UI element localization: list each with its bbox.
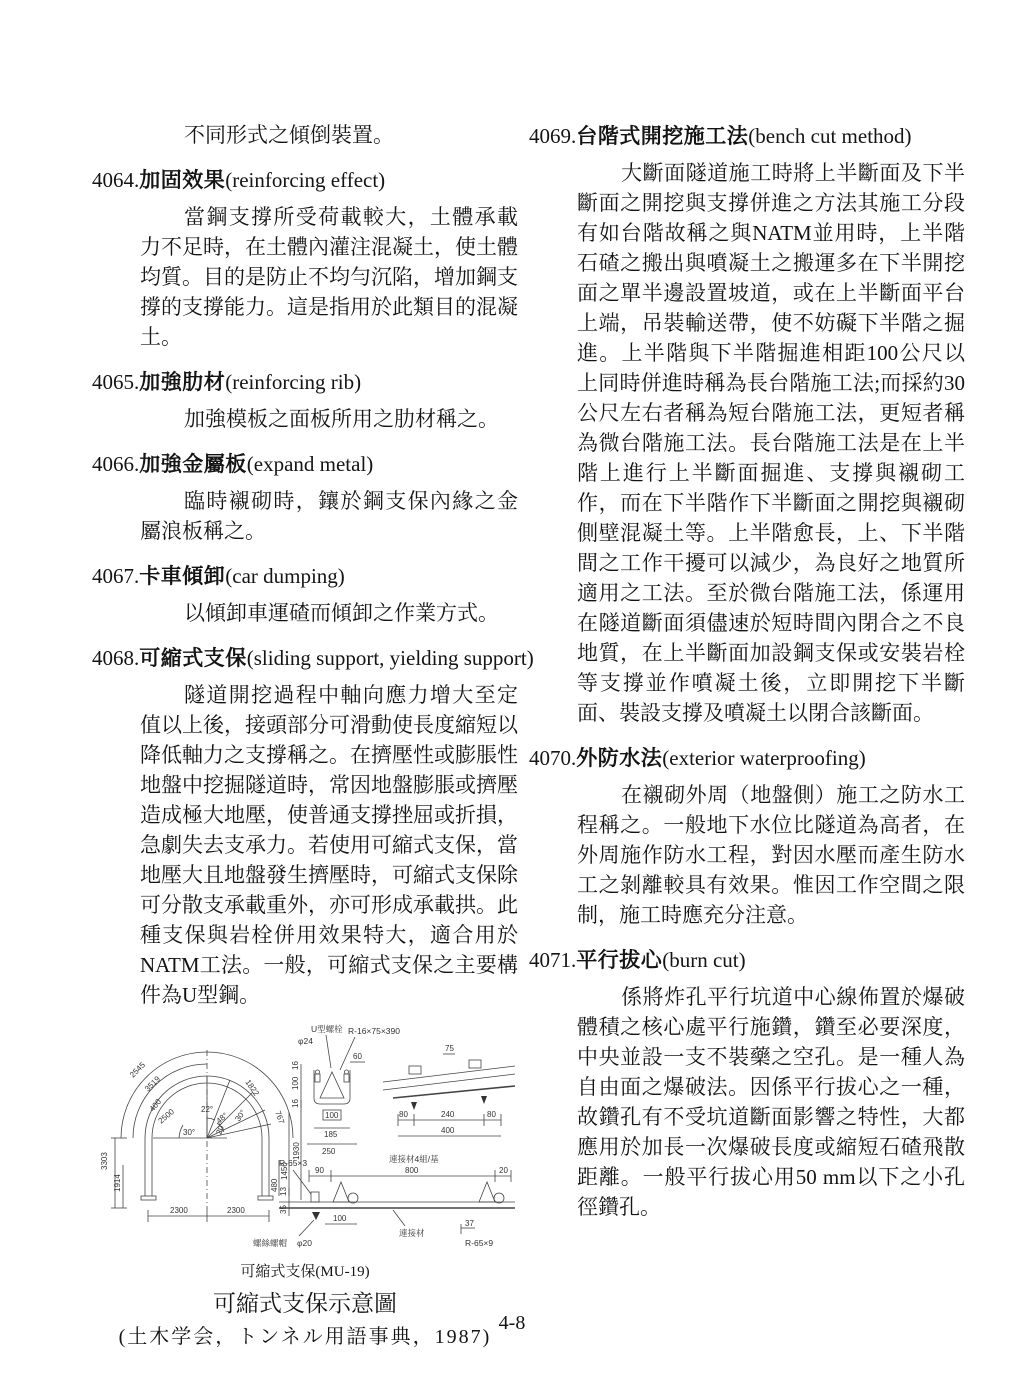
dim-37: 37	[465, 1219, 474, 1228]
dim-480: 480	[270, 1178, 279, 1192]
document-page: 不同形式之傾倒裝置。 4064.加固效果(reinforcing effect)…	[0, 0, 1024, 1400]
dim-75: 75	[445, 1044, 454, 1053]
entry-4065: 4065.加強肋材(reinforcing rib) 加強模板之面板所用之肋材稱…	[92, 366, 518, 434]
entry-number: 4070.	[529, 746, 576, 770]
entry-english: (bench cut method)	[748, 124, 911, 148]
angle-30-right: 30°	[233, 1108, 247, 1123]
entry-number: 4069.	[529, 124, 576, 148]
sliding-support-diagram: 2545 3519 400 2500 3303 1914 1822 767 19…	[93, 1020, 517, 1258]
angle-30-left: 30°	[183, 1128, 195, 1137]
entry-4068: 4068.可縮式支保(sliding support, yielding sup…	[92, 642, 518, 1010]
dim-2300-right: 2300	[227, 1206, 245, 1215]
entry-body: 當鋼支撐所受荷載較大，土體承載力不足時，在土體內灌注混凝土，使土體均質。目的是防…	[140, 202, 518, 352]
entry-body: 臨時襯砌時，鑲於鋼支保內緣之金屬浪板稱之。	[140, 486, 518, 546]
figure-part-label: 可縮式支保(MU-19)	[92, 1260, 518, 1281]
entry-term: 加強肋材	[139, 371, 225, 394]
entry-heading: 4064.加固效果(reinforcing effect)	[92, 164, 518, 194]
dim-185: 185	[324, 1130, 338, 1139]
dim-250: 250	[322, 1147, 336, 1156]
phi24-label: φ24	[298, 1036, 313, 1046]
entry-heading: 4065.加強肋材(reinforcing rib)	[92, 366, 518, 396]
entry-4066: 4066.加強金屬板(expand metal) 臨時襯砌時，鑲於鋼支保內緣之金…	[92, 448, 518, 546]
dim-800: 800	[405, 1166, 419, 1175]
entry-number: 4067.	[92, 564, 139, 588]
dim-100-base: 100	[333, 1214, 347, 1223]
dim-3303: 3303	[100, 1152, 109, 1170]
dim-400: 400	[148, 1097, 164, 1113]
dim-1914: 1914	[113, 1174, 122, 1192]
dim-240: 240	[441, 1110, 455, 1119]
entry-english: (burn cut)	[662, 948, 745, 972]
dim-60: 60	[353, 1052, 362, 1061]
entry-heading: 4070.外防水法(exterior waterproofing)	[529, 742, 965, 772]
dim-767: 767	[273, 1110, 286, 1126]
entry-term: 平行拔心	[576, 949, 662, 972]
phi20-label: φ20	[297, 1238, 312, 1248]
entry-heading: 4066.加強金屬板(expand metal)	[92, 448, 518, 478]
entry-4064: 4064.加固效果(reinforcing effect) 當鋼支撐所受荷載較大…	[92, 164, 518, 352]
entry-heading: 4068.可縮式支保(sliding support, yielding sup…	[92, 642, 518, 672]
dim-400-splice: 400	[441, 1126, 455, 1135]
dim-80-right: 80	[487, 1110, 496, 1119]
entry-english: (reinforcing rib)	[225, 370, 361, 394]
angle-20: 20°	[214, 1121, 227, 1135]
connector-sets-label: 連接材4組/基	[389, 1154, 439, 1164]
dim-16-top: 16	[291, 1061, 300, 1070]
connector-label: 連接材	[399, 1228, 425, 1238]
u-bolt-label: U型螺栓	[311, 1024, 343, 1034]
entry-english: (exterior waterproofing)	[662, 746, 866, 770]
entry-4067: 4067.卡車傾卸(car dumping) 以傾卸車運碴而傾卸之作業方式。	[92, 560, 518, 628]
entry-number: 4066.	[92, 452, 139, 476]
entry-body: 加強模板之面板所用之肋材稱之。	[140, 404, 518, 434]
dim-2545: 2545	[128, 1060, 147, 1079]
entry-number: 4065.	[92, 370, 139, 394]
dim-20: 20	[499, 1166, 508, 1175]
entry-body: 隧道開挖過程中軸向應力增大至定值以上後，接頭部分可滑動使長度縮短以降低軸力之支撐…	[140, 680, 518, 1010]
r65x3-label: R-65×3	[279, 1158, 307, 1168]
entry-english: (expand metal)	[247, 452, 374, 476]
entry-term: 外防水法	[576, 747, 662, 770]
entry-body: 以傾卸車運碴而傾卸之作業方式。	[140, 598, 518, 628]
dim-2300-left: 2300	[170, 1206, 188, 1215]
r16-label: R-16×75×390	[348, 1026, 400, 1036]
entry-number: 4071.	[529, 948, 576, 972]
entry-4069: 4069.台階式開挖施工法(bench cut method) 大斷面隧道施工時…	[529, 120, 965, 728]
entry-english: (reinforcing effect)	[225, 168, 385, 192]
entry-term: 加固效果	[139, 169, 225, 192]
entry-body: 係將炸孔平行坑道中心線佈置於爆破體積之核心處平行施鑽，鑽至必要深度，中央並設一支…	[577, 982, 965, 1222]
dim-13: 13	[279, 1187, 288, 1196]
dim-35: 35	[279, 1205, 288, 1214]
entry-english: (car dumping)	[225, 564, 345, 588]
dim-1822: 1822	[243, 1078, 261, 1098]
dim-100-side: 100	[291, 1076, 300, 1090]
page-number: 4-8	[0, 1312, 1024, 1335]
continuation-paragraph: 不同形式之傾倒裝置。	[140, 120, 518, 150]
nut-label: 螺絲螺帽	[253, 1238, 288, 1248]
entry-number: 4064.	[92, 168, 139, 192]
sliding-support-figure: 2545 3519 400 2500 3303 1914 1822 767 19…	[92, 1020, 518, 1349]
entry-4071: 4071.平行拔心(burn cut) 係將炸孔平行坑道中心線佈置於爆破體積之核…	[529, 944, 965, 1222]
right-column: 4069.台階式開挖施工法(bench cut method) 大斷面隧道施工時…	[529, 120, 965, 1226]
left-column: 不同形式之傾倒裝置。 4064.加固效果(reinforcing effect)…	[92, 120, 518, 1349]
entry-term: 卡車傾卸	[139, 565, 225, 588]
entry-4070: 4070.外防水法(exterior waterproofing) 在襯砌外周（…	[529, 742, 965, 930]
entry-body: 大斷面隧道施工時將上半斷面及下半斷面之開挖與支撐併進之方法其施工分段有如台階故稱…	[577, 158, 965, 728]
entry-term: 可縮式支保	[139, 647, 247, 670]
r65x9-label: R-65×9	[465, 1238, 493, 1248]
entry-term: 台階式開挖施工法	[576, 125, 748, 148]
entry-heading: 4071.平行拔心(burn cut)	[529, 944, 965, 974]
entry-english: (sliding support, yielding support)	[247, 646, 534, 670]
dim-100-bottom: 100	[325, 1111, 339, 1120]
dim-90: 90	[315, 1166, 324, 1175]
dim-16-bottom: 16	[291, 1099, 300, 1108]
entry-body: 在襯砌外周（地盤側）施工之防水工程稱之。一般地下水位比隧道為高者，在外周施作防水…	[577, 780, 965, 930]
entry-heading: 4069.台階式開挖施工法(bench cut method)	[529, 120, 965, 150]
angle-22: 22°	[201, 1105, 213, 1114]
dim-80-left: 80	[399, 1110, 408, 1119]
entry-heading: 4067.卡車傾卸(car dumping)	[92, 560, 518, 590]
entry-term: 加強金屬板	[139, 453, 247, 476]
entry-number: 4068.	[92, 646, 139, 670]
